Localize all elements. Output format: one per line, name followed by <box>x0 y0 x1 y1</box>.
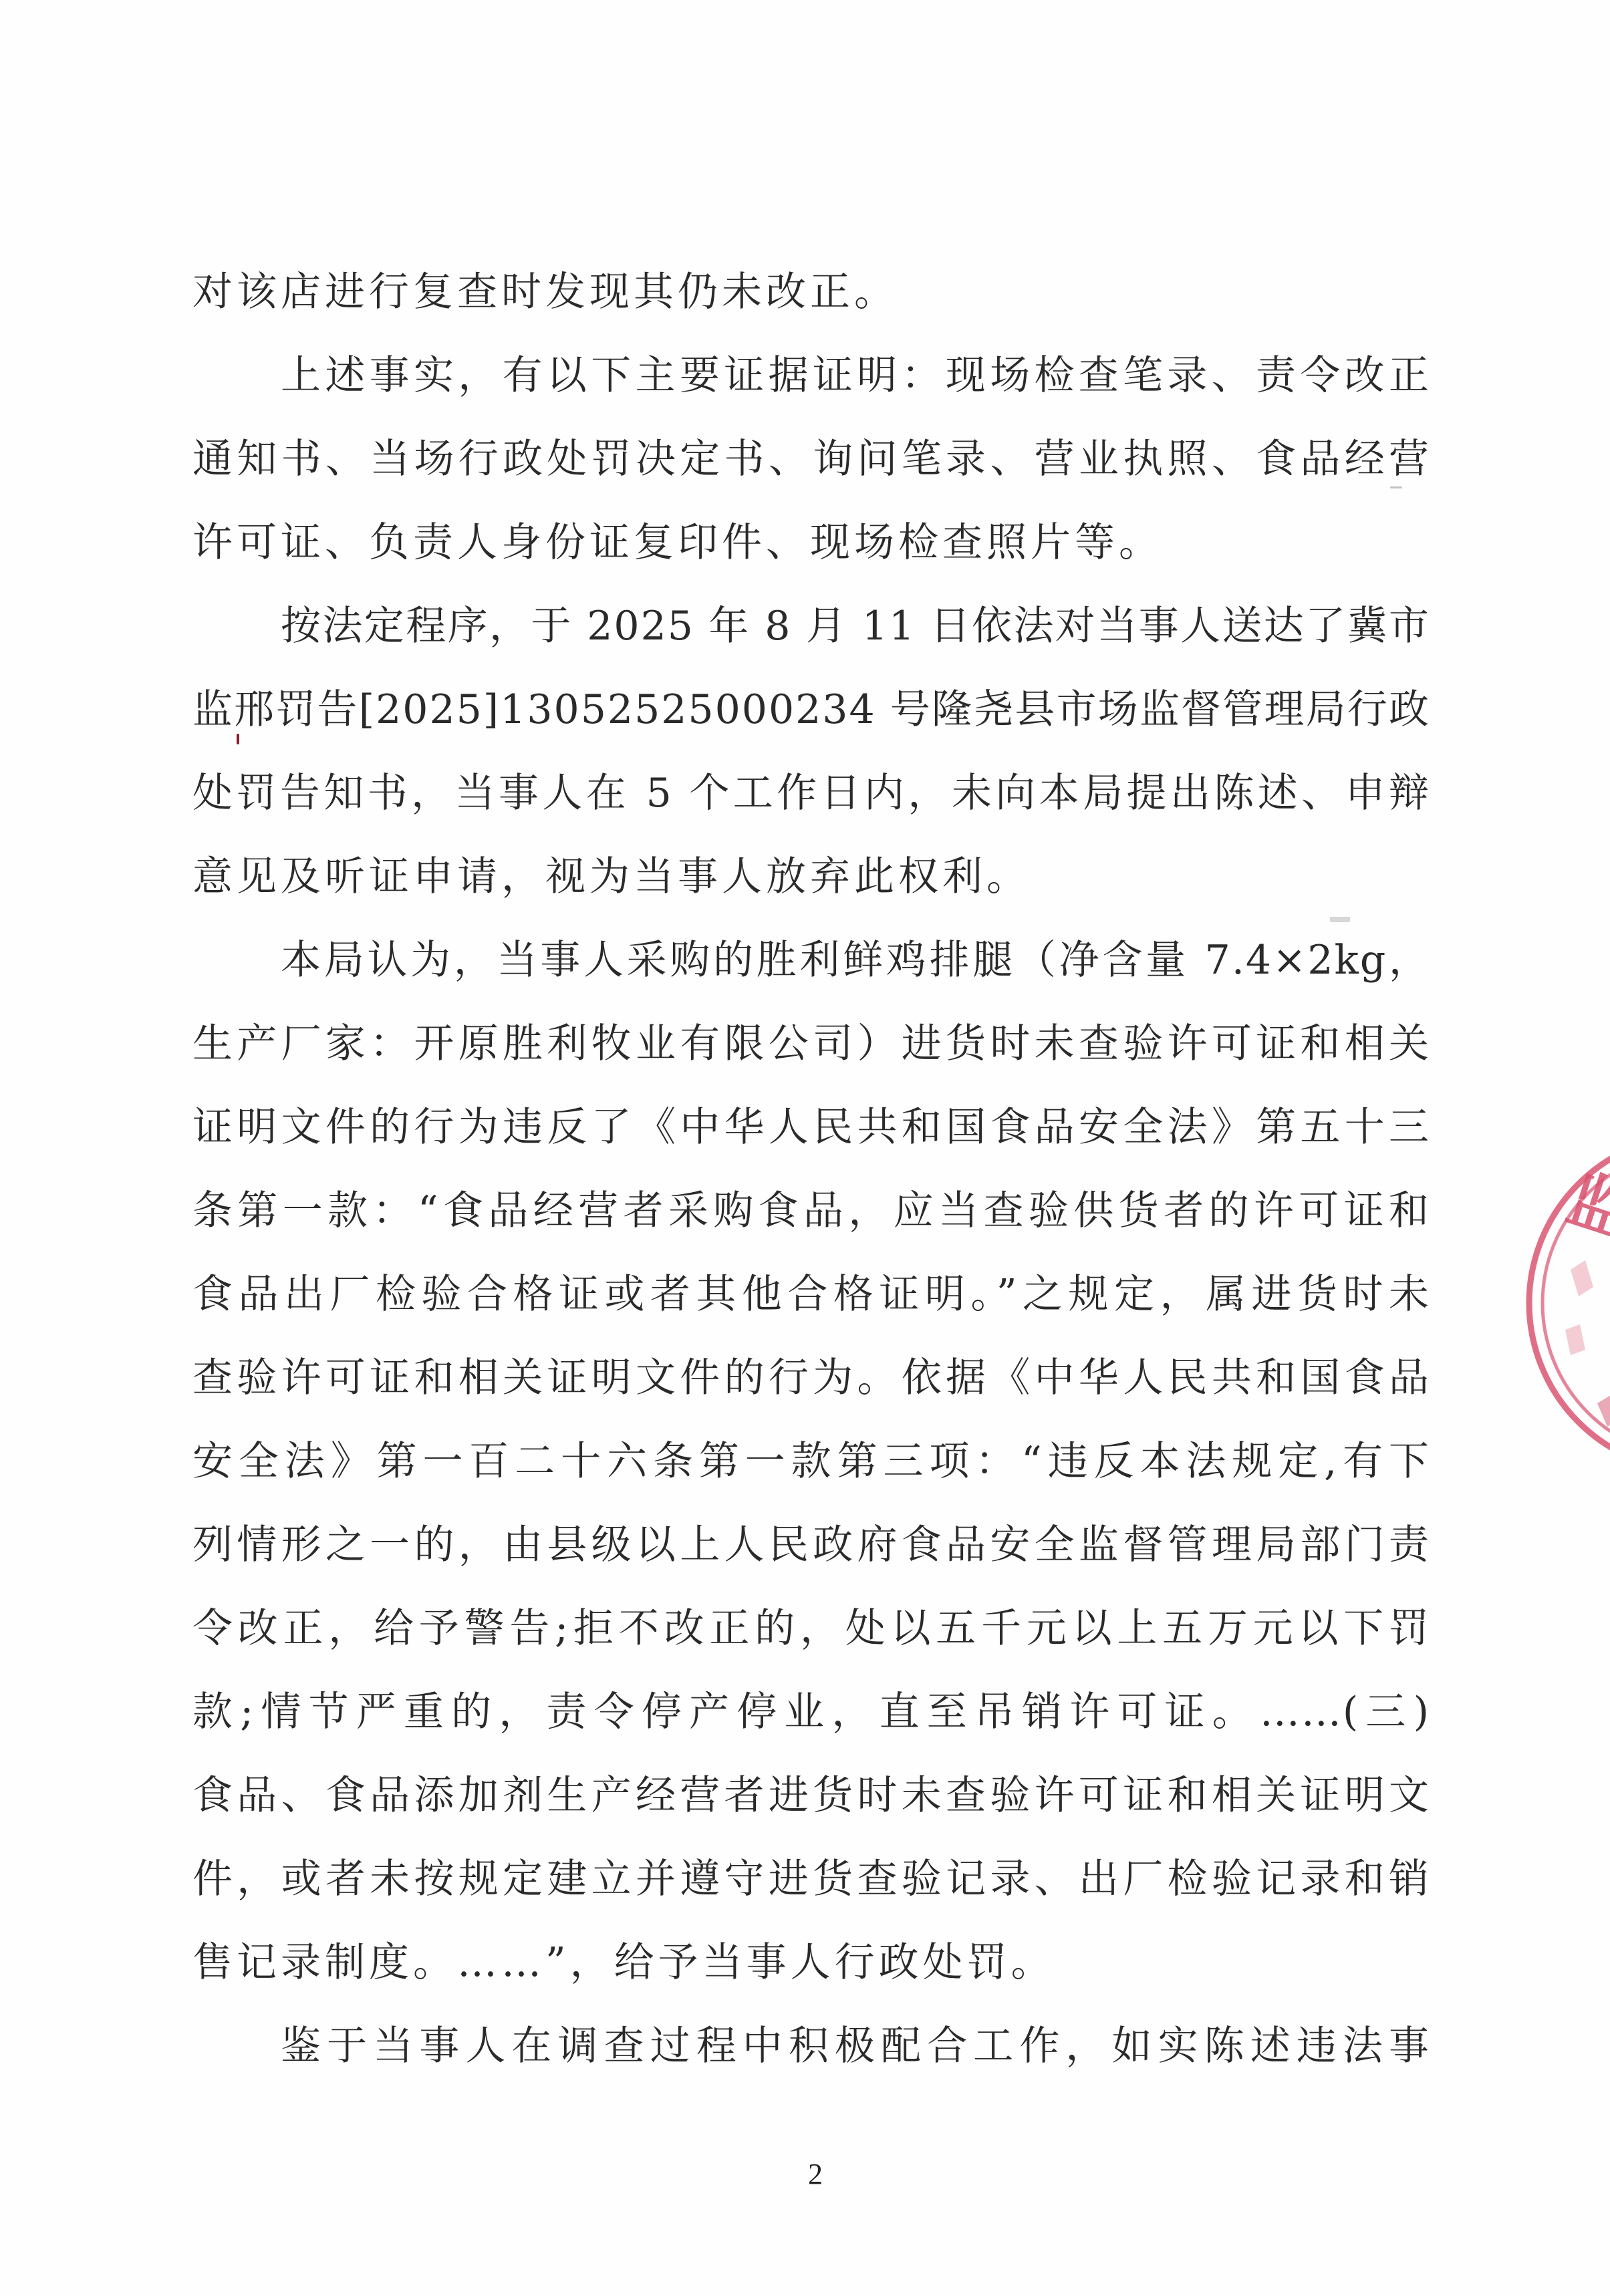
text-line: 处罚告知书，当事人在 5 个工作日内，未向本局提出陈述、申辩 <box>192 752 1430 835</box>
text-line: 证明文件的行为违反了《中华人民共和国食品安全法》第五十三 <box>192 1086 1430 1169</box>
text-line: 售记录制度。……”，给予当事人行政处罚。 <box>192 1921 1430 2005</box>
scan-speck <box>1330 917 1350 922</box>
text-line: 监邢罚告[2025]13052525000234 号隆尧县市场监督管理局行政 <box>192 668 1430 752</box>
text-line: 列情形之一的，由县级以上人民政府食品安全监督管理局部门责 <box>192 1503 1430 1587</box>
text-line: 上述事实，有以下主要证据证明：现场检查笔录、责令改正 <box>192 334 1430 418</box>
text-line: 食品出厂检验合格证或者其他合格证明。”之规定，属进货时未 <box>192 1253 1430 1336</box>
text-line: 安全法》第一百二十六条第一款第三项：“违反本法规定,有下 <box>192 1420 1430 1503</box>
text-line: 件，或者未按规定建立并遵守进货查验记录、出厂检验记录和销 <box>192 1838 1430 1921</box>
text-line: 鉴于当事人在调查过程中积极配合工作，如实陈述违法事 <box>192 2005 1430 2088</box>
text-line: 通知书、当场行政处罚决定书、询问笔录、营业执照、食品经营 <box>192 418 1430 501</box>
document-page: 对该店进行复查时发现其仍未改正。 上述事实，有以下主要证据证明：现场检查笔录、责… <box>0 0 1610 2296</box>
text-line: 按法定程序，于 2025 年 8 月 11 日依法对当事人送达了冀市 <box>192 585 1430 668</box>
text-line: 本局认为，当事人采购的胜利鲜鸡排腿（净含量 7.4×2kg， <box>192 919 1430 1002</box>
text-line: 款;情节严重的，责令停产停业，直至吊销许可证。……(三) <box>192 1671 1430 1754</box>
text-line: 条第一款：“食品经营者采购食品，应当查验供货者的许可证和 <box>192 1169 1430 1253</box>
text-line: 查验许可证和相关证明文件的行为。依据《中华人民共和国食品 <box>192 1336 1430 1420</box>
scan-speck <box>237 734 239 744</box>
text-line: 意见及听证申请，视为当事人放弃此权利。 <box>192 835 1430 919</box>
seal-character: 监 <box>1558 1149 1610 1256</box>
text-line: 食品、食品添加剂生产经营者进货时未查验许可证和相关证明文 <box>192 1754 1430 1838</box>
text-line: 令改正，给予警告;拒不改正的，处以五千元以上五万元以下罚 <box>192 1587 1430 1671</box>
page-number: 2 <box>802 2157 829 2191</box>
text-line: 许可证、负责人身份证复印件、现场检查照片等。 <box>192 501 1430 585</box>
text-line: 生产厂家：开原胜利牧业有限公司）进货时未查验许可证和相关 <box>192 1002 1430 1086</box>
text-line: 对该店进行复查时发现其仍未改正。 <box>192 251 1430 334</box>
scan-speck <box>1390 486 1402 488</box>
document-body: 对该店进行复查时发现其仍未改正。 上述事实，有以下主要证据证明：现场检查笔录、责… <box>192 251 1430 2088</box>
